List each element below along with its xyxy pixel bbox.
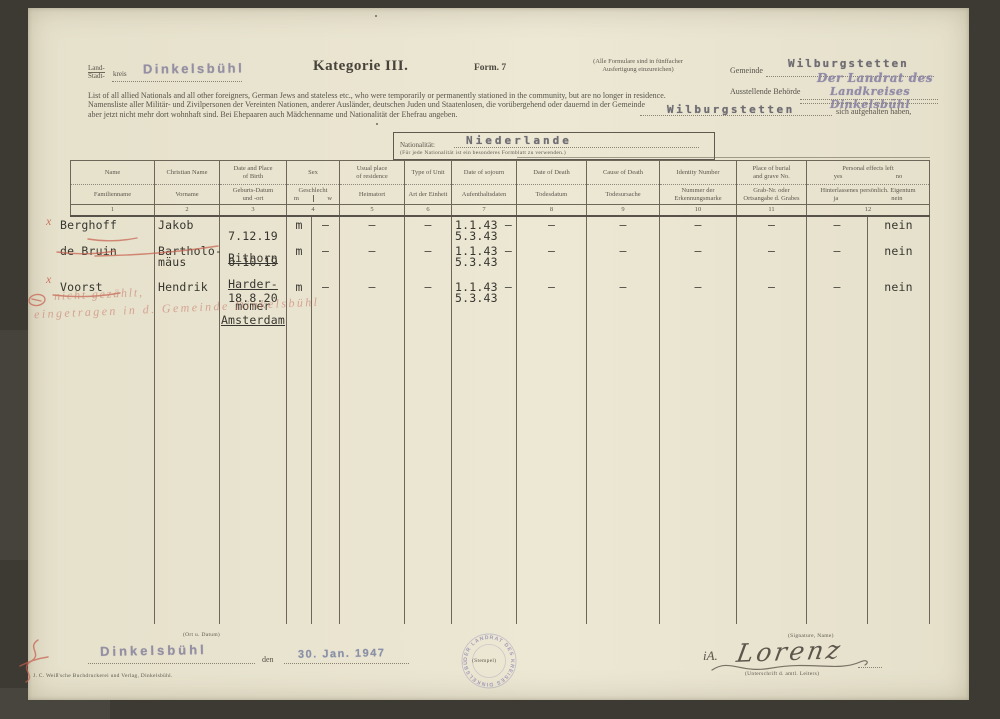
col-num: 11 (737, 204, 806, 215)
col-en: Christian Name (155, 161, 219, 185)
behoerde-dotted-line1 (800, 99, 938, 100)
paper-speck (375, 15, 377, 17)
svg-text:DER LANDRAT DES KREISES DINKEL: DER LANDRAT DES KREISES DINKELSBÜHL • (459, 631, 515, 687)
header-col-effects: Personal effects left yes no Hinterlasse… (807, 161, 930, 215)
copies-note-line1: (Alle Formulare sind in fünffacher (593, 58, 683, 65)
column-line (220, 305, 287, 624)
nationality-label: Nationalität: (400, 141, 435, 149)
intro-german-line1: Namensliste aller Militär- und Zivilpers… (88, 100, 645, 109)
col-num: 8 (517, 204, 586, 215)
col-de: Todesdatum (517, 185, 586, 204)
header-col-death-date: Date of Death Todesdatum 8 (517, 161, 587, 215)
date-dotted-line (284, 663, 409, 664)
column-line (405, 305, 452, 624)
signature-sub-label: (Unterschrift d. amtl. Leiters) (745, 671, 819, 677)
kreis-stamp: Dinkelsbühl (143, 60, 244, 76)
col-num: 12 (807, 204, 929, 215)
scanned-form-document: Land- Stadt- kreis Dinkelsbühl Kategorie… (0, 0, 1000, 719)
header-col-name: Name Familienname 1 (70, 161, 155, 215)
sub-no: no (896, 173, 903, 180)
column-line (807, 305, 868, 624)
intro-german-line2: aber jetzt nicht mehr dort wohnhaft sind… (88, 110, 457, 119)
col-en: Date of sojourn (452, 161, 516, 185)
col-de: Aufenthaltsdaten (452, 185, 516, 204)
column-line (287, 305, 312, 624)
intro-german-cont: sich aufgehalten haben, (836, 107, 911, 116)
col-en-label: Personal effects left (842, 165, 894, 172)
column-line (312, 305, 340, 624)
kreis-label: Land- Stadt- (88, 64, 105, 80)
col-num: 9 (587, 204, 659, 215)
behoerde-label: Ausstellende Behörde (730, 87, 800, 96)
den-label: den (262, 655, 274, 664)
header-col-birth: Date and Place of Birth Geburts-Datum un… (220, 161, 287, 215)
header-col-death-cause: Cause of Death Todesursache 9 (587, 161, 660, 215)
header-col-sojourn: Date of sojourn Aufenthaltsdaten 7 (452, 161, 517, 215)
col-de: Art der Einheit (405, 185, 451, 204)
column-line (340, 305, 405, 624)
ort-datum-label: (Ort u. Datum) (183, 632, 220, 638)
col-en: Name (71, 161, 154, 185)
kreis-label-suffix: kreis (113, 70, 127, 78)
column-line (517, 305, 587, 624)
col-en: Cause of Death (587, 161, 659, 185)
col-de: Vorname (155, 185, 219, 204)
round-official-stamp: DER LANDRAT DES KREISES DINKELSBÜHL • (459, 631, 519, 691)
gemeinde-stamp: Wilburgstetten (788, 57, 909, 70)
sub-divider (313, 195, 314, 202)
col-de: Heimatort (340, 185, 404, 204)
paper-speck (376, 123, 378, 125)
behoerde-dotted-line2 (800, 103, 938, 104)
sub-yes: yes (834, 173, 843, 180)
copies-note: (Alle Formulare sind in fünffacher Ausfe… (578, 58, 698, 74)
column-line (868, 305, 930, 624)
table-top-double-rule (517, 157, 930, 158)
col-de: Geburts-Datum und -ort (220, 185, 286, 204)
sub-nein: nein (891, 195, 902, 202)
copies-note-line2: Ausfertigung einzureichen) (602, 66, 673, 73)
sub-w: w (327, 195, 332, 202)
signature-dotted-line (858, 667, 882, 668)
sub-ja: ja (834, 195, 839, 202)
col-de: Nummer der Erkennungsmarke (660, 185, 736, 204)
place-dotted-line (88, 663, 255, 664)
col-num: 7 (452, 204, 516, 215)
col-en: Date of Death (517, 161, 586, 185)
header-col-sex: Sex Geschlecht m w 4 (287, 161, 340, 215)
nationality-stamp: Niederlande (466, 134, 572, 147)
scan-border-streak (0, 330, 28, 560)
col-de: Grab-Nr. oder Ortsangabe d. Grabes (737, 185, 806, 204)
col-de-label: Hinterlassenes persönlich. Eigentum (820, 187, 915, 194)
table-header: Name Familienname 1 Christian Name Vorna… (70, 160, 930, 217)
round-stamp-text: DER LANDRAT DES KREISES DINKELSBÜHL • (459, 631, 515, 687)
nationality-note: (Für jede Nationalität ist ein besondere… (400, 150, 566, 156)
col-en-sub: yes no (807, 173, 929, 180)
column-line (660, 305, 737, 624)
sub-m: m (294, 195, 299, 202)
column-line (70, 305, 155, 624)
col-num: 5 (340, 204, 404, 215)
date-stamp: 30. Jan. 1947 (298, 647, 386, 661)
col-en: Sex (287, 161, 339, 185)
col-en: Place of burial and grave No. (737, 161, 806, 185)
header-col-identity: Identity Number Nummer der Erkennungsmar… (660, 161, 737, 215)
col-en: Type of Unit (405, 161, 451, 185)
col-num: 10 (660, 204, 736, 215)
col-de-sub: ja nein (807, 195, 929, 202)
col-en: Identity Number (660, 161, 736, 185)
col-de: Hinterlassenes persönlich. Eigentum ja n… (807, 185, 929, 204)
gemeinde-label: Gemeinde (730, 66, 763, 75)
col-de-sub: m w (287, 195, 339, 202)
printer-imprint: J. C. Weiß'sche Buchdruckerei und Verlag… (33, 673, 173, 679)
col-num: 6 (405, 204, 451, 215)
nationality-dotted-line (454, 147, 699, 148)
behoerde-stamp-line1: Der Landrat des (810, 71, 940, 85)
place-stamp: Dinkelsbühl (100, 642, 207, 659)
intro-dotted-line (640, 115, 832, 116)
header-col-residence: Usual place of residence Heimatort 5 (340, 161, 405, 215)
header-col-grave: Place of burial and grave No. Grab-Nr. o… (737, 161, 807, 215)
form-number: Form. 7 (474, 63, 506, 73)
col-de-label: Geschlecht (299, 187, 328, 194)
empty-rows-column-lines (70, 305, 930, 624)
col-en: Date and Place of Birth (220, 161, 286, 185)
col-de: Geschlecht m w (287, 185, 339, 204)
kreis-label-stadt: Stadt- (88, 72, 105, 80)
col-de: Todesursache (587, 185, 659, 204)
col-en: Personal effects left yes no (807, 161, 929, 185)
column-line (452, 305, 517, 624)
header-col-christian-name: Christian Name Vorname 2 (155, 161, 220, 215)
col-de: Familienname (71, 185, 154, 204)
kreis-dotted-line (112, 81, 242, 82)
column-line (737, 305, 807, 624)
column-line (587, 305, 660, 624)
column-line (155, 305, 220, 624)
nationality-box: Nationalität: Niederlande (Für jede Nati… (393, 132, 715, 160)
header-col-unit: Type of Unit Art der Einheit 6 (405, 161, 452, 215)
form-title: Kategorie III. (313, 58, 408, 75)
col-en: Usual place of residence (340, 161, 404, 185)
intro-english: List of all allied Nationals and all oth… (88, 91, 666, 100)
